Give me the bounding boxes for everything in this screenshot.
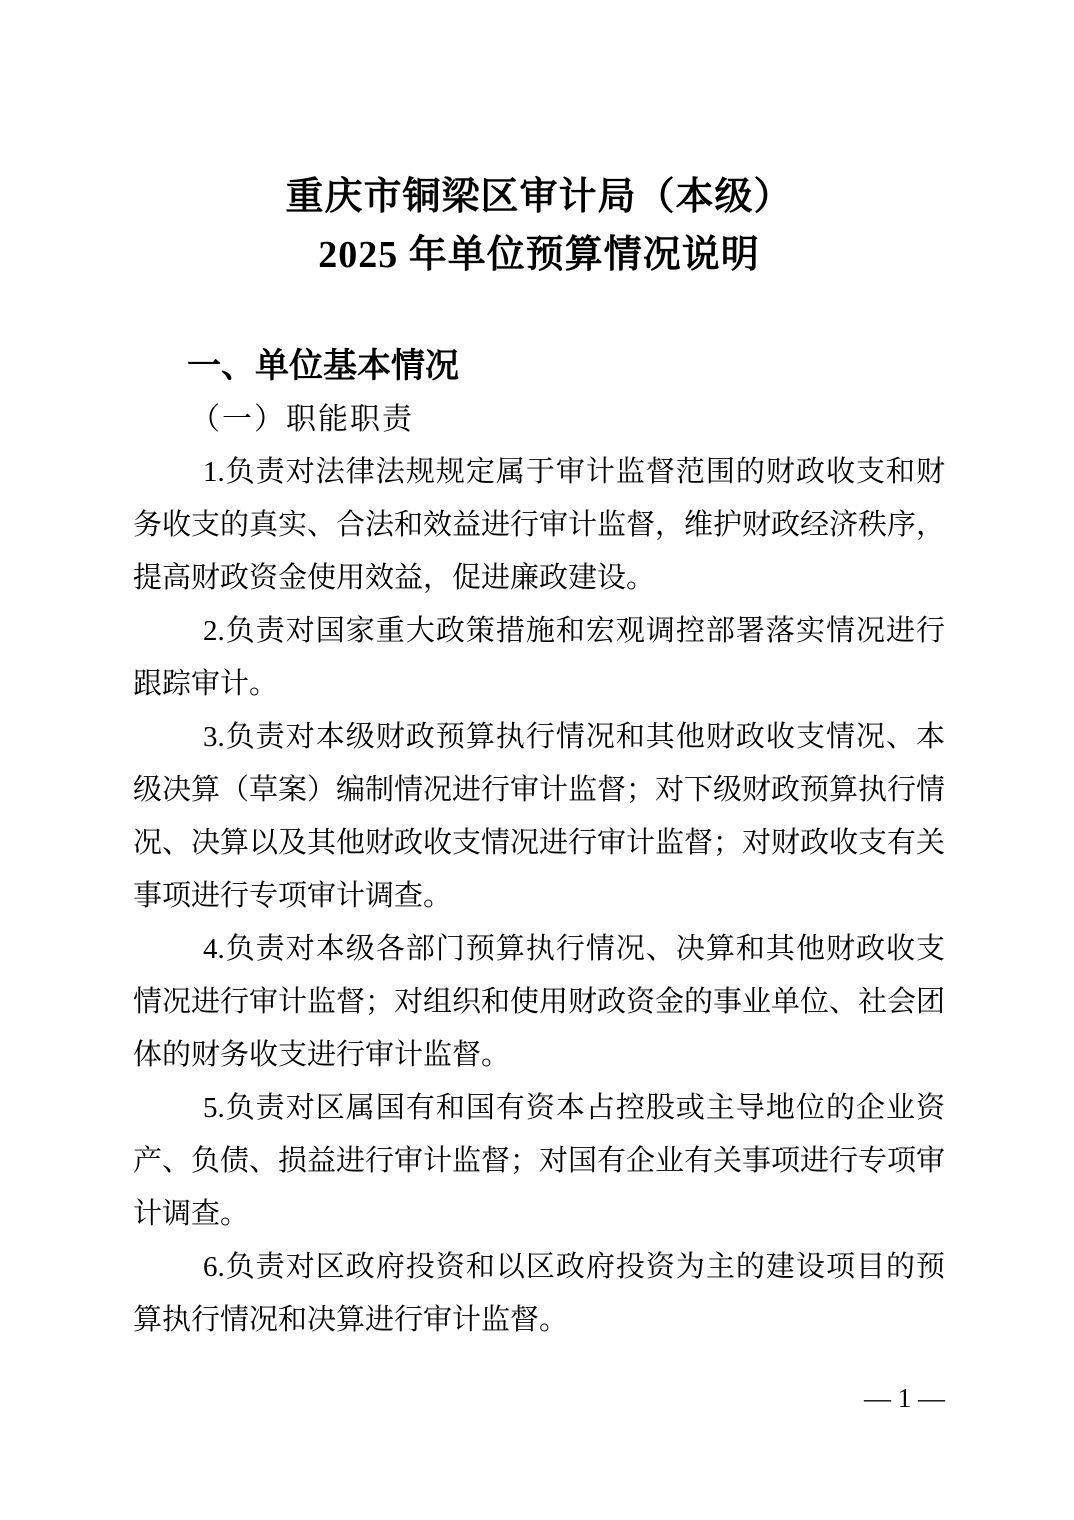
paragraph-duty-6: 6.负责对区政府投资和以区政府投资为主的建设项目的预算执行情况和决算进行审计监督… bbox=[133, 1241, 945, 1347]
paragraph-duty-2: 2.负责对国家重大政策措施和宏观调控部署落实情况进行跟踪审计。 bbox=[133, 605, 945, 711]
document-title-line1: 重庆市铜梁区审计局（本级） bbox=[133, 168, 945, 226]
paragraph-duty-5: 5.负责对区属国有和国有资本占控股或主导地位的企业资产、负债、损益进行审计监督；… bbox=[133, 1082, 945, 1241]
page-number: — 1 — bbox=[864, 1382, 945, 1414]
subsection-heading-duties: （一）职能职责 bbox=[133, 393, 945, 446]
document-content: 重庆市铜梁区审计局（本级） 2025 年单位预算情况说明 一、单位基本情况 （一… bbox=[133, 0, 945, 1347]
document-title: 重庆市铜梁区审计局（本级） 2025 年单位预算情况说明 bbox=[133, 168, 945, 284]
paragraph-duty-3: 3.负责对本级财政预算执行情况和其他财政收支情况、本级决算（草案）编制情况进行审… bbox=[133, 711, 945, 923]
paragraph-duty-4: 4.负责对本级各部门预算执行情况、决算和其他财政收支情况进行审计监督；对组织和使… bbox=[133, 923, 945, 1082]
section-heading-unit-basic-info: 一、单位基本情况 bbox=[133, 340, 945, 393]
document-title-line2: 2025 年单位预算情况说明 bbox=[133, 226, 945, 284]
document-page: 重庆市铜梁区审计局（本级） 2025 年单位预算情况说明 一、单位基本情况 （一… bbox=[0, 0, 1074, 1520]
paragraph-duty-1: 1.负责对法律法规规定属于审计监督范围的财政收支和财务收支的真实、合法和效益进行… bbox=[133, 446, 945, 605]
